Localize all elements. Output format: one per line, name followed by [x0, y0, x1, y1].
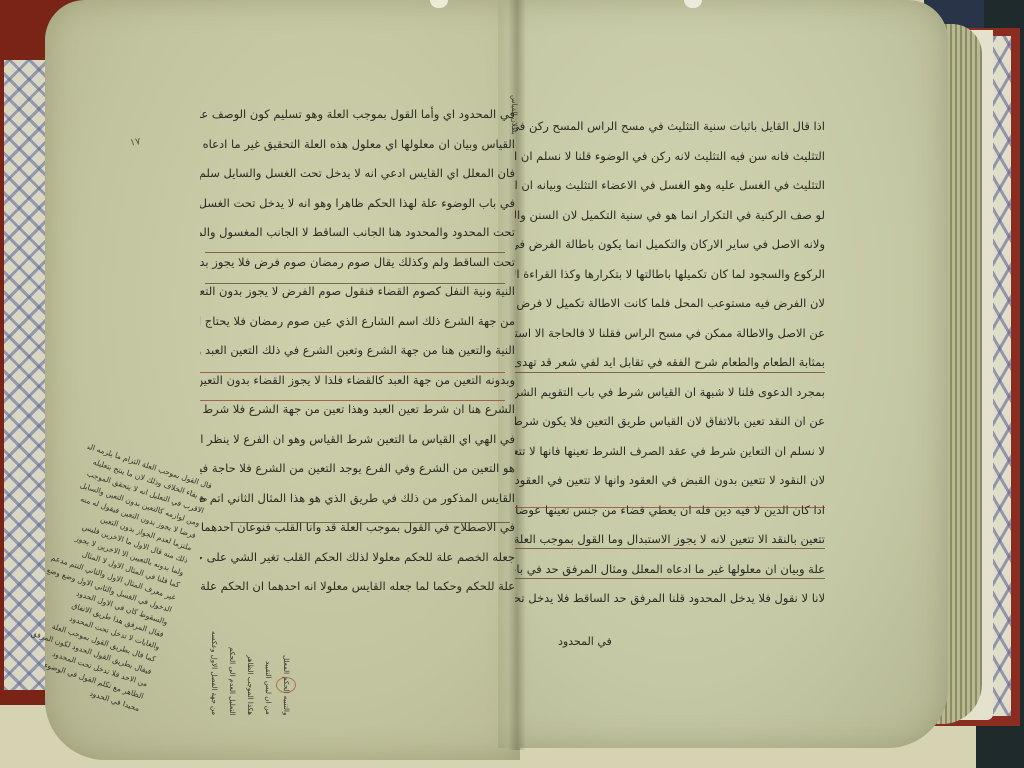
text-line: لانا لا نقول فلا يدخل المحدود قلنا المرف…	[515, 584, 825, 614]
ink-rule	[515, 578, 825, 579]
text-line: في المحدود اي وأما القول بموجب العلة وهو…	[200, 100, 515, 130]
ink-rule	[205, 283, 505, 284]
text-line: اذا كان الدين لا فيه دين فله ان يعطي قضا…	[515, 496, 825, 526]
text-line: بمجرد الدعوى فلنا لا شبهة ان القياس شرط …	[515, 378, 825, 408]
text-line: النية والتعين هنا من جهة الشرع وتعين الش…	[200, 336, 515, 366]
text-line: فان المعلل اي القايس ادعي انه لا يدخل تح…	[200, 159, 515, 189]
text-line: عن ان النقد تعين بالاتفاق لان القياس طري…	[515, 407, 825, 437]
text-line: وبدونه التعين من جهة العبد كالقضاء فلذا …	[200, 366, 515, 396]
text-line: في الهي اي القياس ما التعين شرط القياس و…	[200, 425, 515, 455]
manuscript-photo: ١٧ في المحدود اي وأما القول بموجب العلة …	[0, 0, 1024, 768]
folio-number: ١٧	[129, 136, 141, 149]
text-line: في باب الوضوء علة لهذا الحكم ظاهرا وهو ا…	[200, 189, 515, 219]
text-line: القياس وبيان ان معلولها اي معلول هذه الع…	[200, 130, 515, 160]
red-rule	[200, 372, 505, 373]
text-line: تتعين بالنقد الا تتعين لانه لا يجوز الاس…	[515, 525, 825, 555]
margin-note-vertical: التعليل العدم الى الحكم	[228, 595, 236, 715]
text-line: اذا قال القايل باثبات سنية التثليث في مس…	[515, 112, 825, 142]
colophon: في المحدود	[558, 635, 612, 648]
margin-note-vertical: هكذا الموجب الظاهر	[246, 595, 254, 715]
margin-note-vertical: من ان ليس التقييد	[264, 595, 272, 715]
text-line: التثليث فانه سن فيه التثليث لانه ركن في …	[515, 142, 825, 172]
text-line: النية ونية النفل كصوم القضاء فنقول صوم ا…	[200, 277, 515, 307]
text-line: من جهة الشرع ذلك اسم الشارع الذي عين صوم…	[200, 307, 515, 337]
ink-rule	[230, 522, 510, 523]
text-line: جعله الخصم علة للحكم معلولا لذلك الحكم ا…	[200, 543, 515, 573]
red-ink-mark	[276, 677, 296, 693]
red-rule	[200, 400, 505, 401]
text-line: لا نسلم ان التعاين شرط في عقد الصرف الشر…	[515, 437, 825, 467]
ink-rule	[515, 548, 825, 549]
text-line: لان النقود لا تتعين بدون القبض في العقود…	[515, 466, 825, 496]
text-line: بمثابة الطعام والطعام شرح الفقه في تقابل…	[515, 348, 825, 378]
text-line: لو صف الركنية في التكرار انما هو في سنية…	[515, 201, 825, 231]
text-line: ولانه الاصل في ساير الاركان والتكميل انم…	[515, 230, 825, 260]
text-line: هو التعين من الشرع وفي الفرع يوجد التعين…	[200, 454, 515, 484]
text-line: لان الفرض فيه مستوعب المحل فلما كانت الا…	[515, 289, 825, 319]
ink-rule	[515, 372, 825, 373]
vertical-margin-notes: من جهة الفصل الاول وعكسه التعليل العدم ا…	[210, 595, 320, 725]
text-line: الركوع والسجود لما كان تكميلها باطالتها …	[515, 260, 825, 290]
text-line: التثليث في الغسل عليه وهو الغسل في الاعض…	[515, 171, 825, 201]
text-line: القايس المذكور من ذلك في طريق الذي هو هذ…	[200, 484, 515, 514]
text-line: عن الاصل والاطالة ممكن في مسح الراس فقلن…	[515, 319, 825, 349]
margin-note-vertical: من جهة الفصل الاول وعكسه	[210, 595, 218, 715]
text-line: في الاصطلاح في القول بموجب العلة قد وانا…	[200, 513, 515, 543]
left-page-text: في المحدود اي وأما القول بموجب العلة وهو…	[200, 100, 515, 602]
right-page-text: اذا قال القايل باثبات سنية التثليث في مس…	[515, 112, 825, 614]
red-rule	[515, 507, 825, 508]
margin-note-vertical: والتنبيه الحكم المعلل	[282, 595, 290, 715]
text-line: علة وبيان ان معلولها غير ما ادعاه المعلل…	[515, 555, 825, 585]
text-line: تحت المحدود والمحدود هنا الجانب الساقط ل…	[200, 218, 515, 248]
ink-rule	[205, 252, 505, 253]
